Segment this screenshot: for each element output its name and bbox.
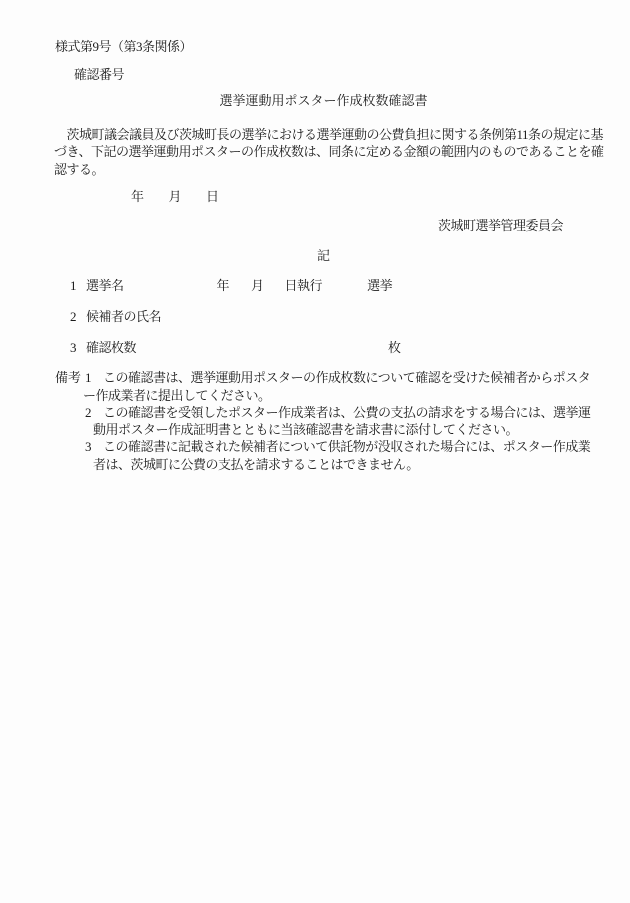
item-candidate-name: 2候補者の氏名 [70,308,161,325]
sheets-unit-label: 枚 [388,340,401,355]
remarks-text: 者は、茨城町に公費の支払を請求することはできません。 [93,457,419,472]
remarks-text: この確認書を受領したポスター作成業者は、公費の支払の請求をする場合には、選挙運 [103,405,591,420]
remarks-text: この確認書に記載された候補者について供託物が没収された場合には、ポスター作成業 [103,439,590,454]
item-election-name: 1選挙名年月日執行選挙 [70,277,392,294]
document-title: 選挙運動用ポスター作成枚数確認書 [55,92,592,109]
remarks-line-3: 2この確認書を受領したポスター作成業者は、公費の支払の請求をする場合には、選挙運 [85,404,591,421]
remarks-label: 備考 [55,369,85,386]
remarks-line-2: ー作成業者に提出してください。 [83,387,271,404]
body-paragraph-line-3: 認する。 [54,161,104,178]
election-field-label: 選挙 [367,278,392,293]
body-paragraph-line-2: づき、下記の選挙運動用ポスターの作成枚数は、同条に定める金額の範囲内のものである… [54,143,603,160]
remarks-line-1: 備考1この確認書は、選挙運動用ポスターの作成枚数について確認を受けた候補者からポ… [55,369,590,386]
month-field-label: 月 [251,278,264,293]
item-number: 2 [70,308,86,325]
item-confirmed-count: 3確認枚数枚 [70,339,401,356]
day-executed-field-label: 日執行 [285,278,323,293]
document-page: 様式第9号（第3条関係） 確認番号 選挙運動用ポスター作成枚数確認書 茨城町議会… [0,0,630,903]
issuer-name: 茨城町選挙管理委員会 [438,217,563,234]
item-number: 1 [70,277,86,294]
item-label: 候補者の氏名 [86,309,161,324]
remarks-item-number: 1 [85,369,103,386]
remarks-text: この確認書は、選挙運動用ポスターの作成枚数について確認を受けた候補者からポスタ [103,370,590,385]
remarks-line-6: 者は、茨城町に公費の支払を請求することはできません。 [93,456,419,473]
ki-heading: 記 [55,247,592,264]
body-paragraph-line-1: 茨城町議会議員及び茨城町長の選挙における選挙運動の公費負担に関する条例第11条の… [54,126,603,143]
year-field-label: 年 [217,278,230,293]
form-number: 様式第9号（第3条関係） [55,38,192,55]
remarks-line-5: 3この確認書に記載された候補者について供託物が没収された場合には、ポスター作成業 [85,438,590,455]
item-label: 選挙名 [86,278,124,293]
remarks-item-number: 3 [85,438,103,455]
remarks-line-4: 動用ポスター作成証明書とともに当該確認書を請求書に添付してください。 [93,421,518,438]
date-line: 年 月 日 [131,188,219,205]
remarks-text: 動用ポスター作成証明書とともに当該確認書を請求書に添付してください。 [93,422,518,437]
item-number: 3 [70,339,86,356]
remarks-text: ー作成業者に提出してください。 [83,388,271,403]
item-label: 確認枚数 [86,340,136,355]
confirmation-number-label: 確認番号 [74,66,124,83]
remarks-item-number: 2 [85,404,103,421]
